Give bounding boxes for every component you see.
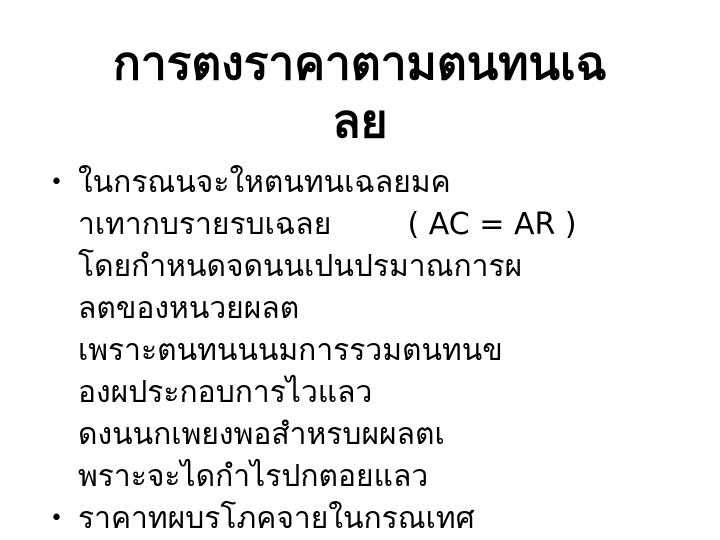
text-line: เพราะตนทนนนมการรวมตนทนข [78,330,698,372]
text-line: าเทากบรายรบเฉลย ( AC = AR ) [78,204,698,246]
text-line: ลตของหนวยผลต [78,288,698,330]
bullet-item: • ราคาทผบรโภคจายในกรณเทศ [48,498,698,540]
text-line: ราคาทผบรโภคจายในกรณเทศ [78,498,698,540]
presentation-slide: การตงราคาตามตนทนเฉ ลย • ในกรณนจะใหตนทนเฉ… [0,0,720,540]
slide-title: การตงราคาตามตนทนเฉ ลย [0,34,720,150]
text-line: ดงนนกเพยงพอสำหรบผผลตเ [78,414,698,456]
bullet-marker: • [50,498,63,540]
bullet-item: • ในกรณนจะใหตนทนเฉลยมค าเทากบรายรบเฉลย (… [48,162,698,498]
text-line: องผประกอบการไวแลว [78,372,698,414]
bullet-marker: • [50,162,63,204]
title-line: การตงราคาตามตนทนเฉ [0,34,720,92]
text-line: โดยกำหนดจดนนเปนปรมาณการผ [78,246,698,288]
text-line: พราะจะไดกำไรปกตอยแลว [78,456,698,498]
text-line: ในกรณนจะใหตนทนเฉลยมค [78,162,698,204]
title-line: ลย [0,92,720,150]
slide-body: • ในกรณนจะใหตนทนเฉลยมค าเทากบรายรบเฉลย (… [48,162,698,540]
